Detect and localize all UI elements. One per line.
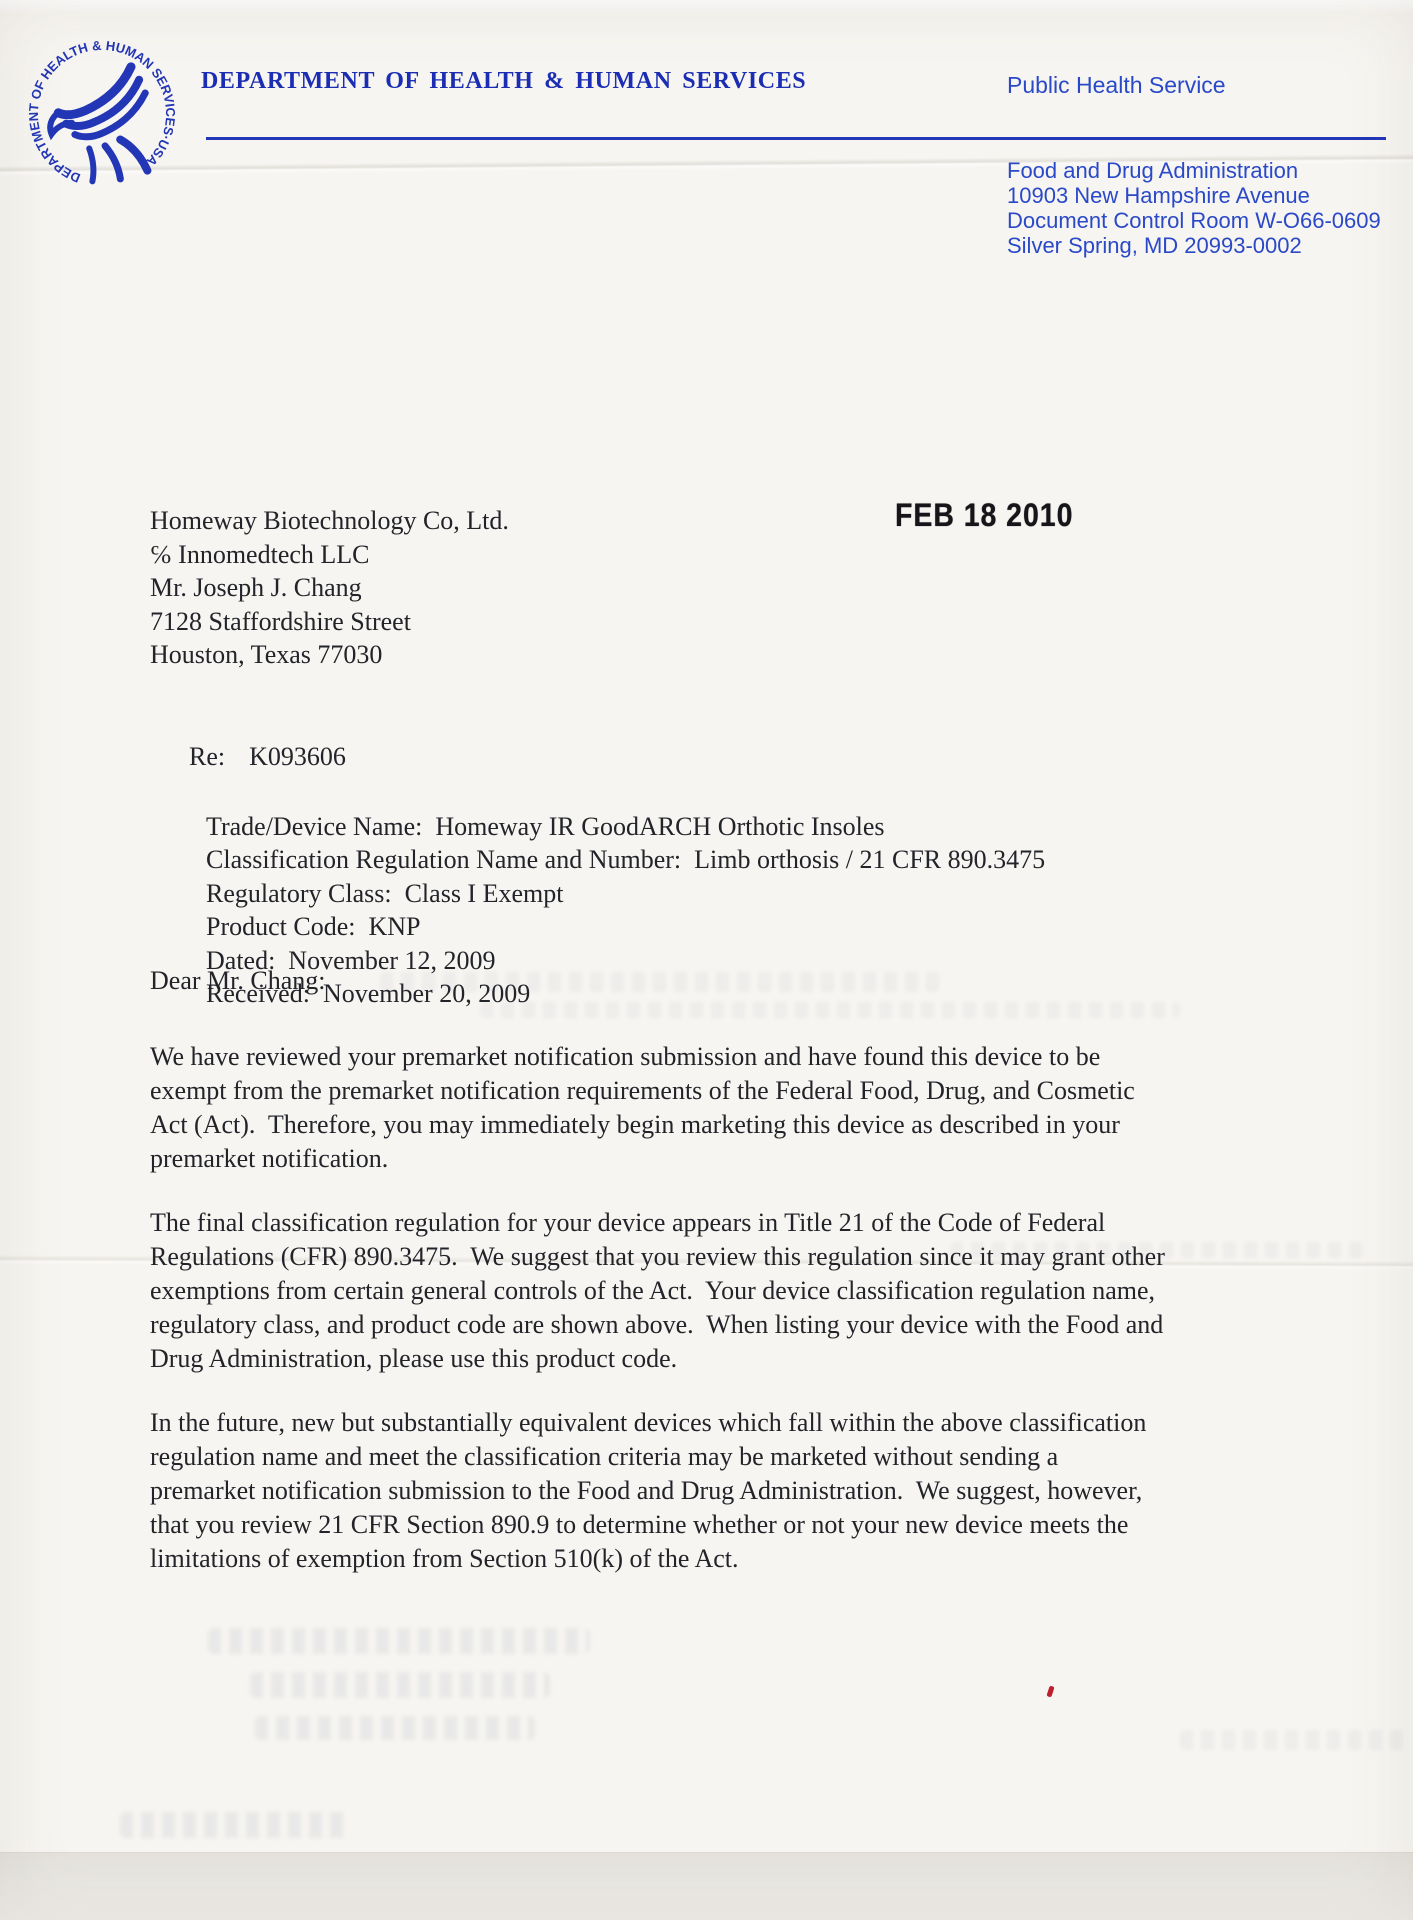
- text-line: Homeway Biotechnology Co, Ltd.: [150, 504, 509, 538]
- body-paragraph-1: We have reviewed your premarket notifica…: [150, 1040, 1135, 1176]
- text-line: We have reviewed your premarket notifica…: [150, 1040, 1135, 1074]
- text-line: that you review 21 CFR Section 890.9 to …: [150, 1508, 1146, 1542]
- scanned-letter-page: DEPARTMENT OF HEALTH & HUMAN SERVICES·US…: [0, 0, 1413, 1920]
- text-line: Document Control Room W-O66-0609: [1007, 208, 1381, 233]
- bleed-through-smudge: [950, 1242, 1370, 1258]
- public-health-service-label: Public Health Service: [1007, 72, 1226, 99]
- reference-number-row: Re:K093606: [150, 706, 1045, 807]
- text-line: premarket notification submission to the…: [150, 1474, 1146, 1508]
- text-line: Classification Regulation Name and Numbe…: [206, 843, 1045, 877]
- text-line: regulation name and meet the classificat…: [150, 1440, 1146, 1474]
- bleed-through-smudge: [480, 1002, 1180, 1018]
- text-line: Drug Administration, please use this pro…: [150, 1342, 1165, 1376]
- text-line: Regulatory Class: Class I Exempt: [206, 877, 1045, 911]
- text-line: Food and Drug Administration: [1007, 158, 1381, 183]
- text-line: exempt from the premarket notification r…: [150, 1074, 1135, 1108]
- text-line: Product Code: KNP: [206, 910, 1045, 944]
- bleed-through-smudge: [208, 1628, 590, 1654]
- body-paragraph-3: In the future, new but substantially equ…: [150, 1406, 1146, 1576]
- text-line: 7128 Staffordshire Street: [150, 605, 509, 639]
- red-ink-speck: [1046, 1685, 1054, 1697]
- body-paragraph-2: The final classification regulation for …: [150, 1206, 1165, 1376]
- bleed-through-smudge: [1180, 1730, 1410, 1750]
- bleed-through-smudge: [380, 972, 940, 992]
- bleed-through-smudge: [120, 1812, 350, 1838]
- recipient-address-block: Homeway Biotechnology Co, Ltd.℅ Innomedt…: [150, 504, 509, 672]
- text-line: Houston, Texas 77030: [150, 638, 509, 672]
- paper-top-edge: [0, 0, 1413, 14]
- salutation: Dear Mr. Chang:: [150, 964, 325, 998]
- bleed-through-smudge: [250, 1672, 550, 1698]
- text-line: Silver Spring, MD 20993-0002: [1007, 233, 1381, 258]
- text-line: premarket notification.: [150, 1142, 1135, 1176]
- reference-label: Re:: [189, 742, 225, 771]
- k-number: K093606: [249, 742, 346, 771]
- text-line: regulatory class, and product code are s…: [150, 1308, 1165, 1342]
- text-line: limitations of exemption from Section 51…: [150, 1542, 1146, 1576]
- text-line: 10903 New Hampshire Avenue: [1007, 183, 1381, 208]
- letterhead-rule: [206, 137, 1386, 140]
- text-line: exemptions from certain general controls…: [150, 1274, 1165, 1308]
- received-date-stamp: FEB 18 2010: [895, 498, 1073, 534]
- text-line: Mr. Joseph J. Chang: [150, 571, 509, 605]
- text-line: ℅ Innomedtech LLC: [150, 538, 509, 572]
- text-line: Trade/Device Name: Homeway IR GoodARCH O…: [206, 810, 1045, 844]
- text-line: In the future, new but substantially equ…: [150, 1406, 1146, 1440]
- text-line: Act (Act). Therefore, you may immediatel…: [150, 1108, 1135, 1142]
- hhs-eagle-seal-icon: DEPARTMENT OF HEALTH & HUMAN SERVICES·US…: [20, 38, 184, 196]
- fda-address-block: Food and Drug Administration10903 New Ha…: [1007, 158, 1381, 258]
- bleed-through-smudge: [255, 1716, 535, 1740]
- paper-bottom-shading: [0, 1852, 1413, 1920]
- text-line: The final classification regulation for …: [150, 1206, 1165, 1240]
- department-title: DEPARTMENT OF HEALTH & HUMAN SERVICES: [201, 68, 806, 95]
